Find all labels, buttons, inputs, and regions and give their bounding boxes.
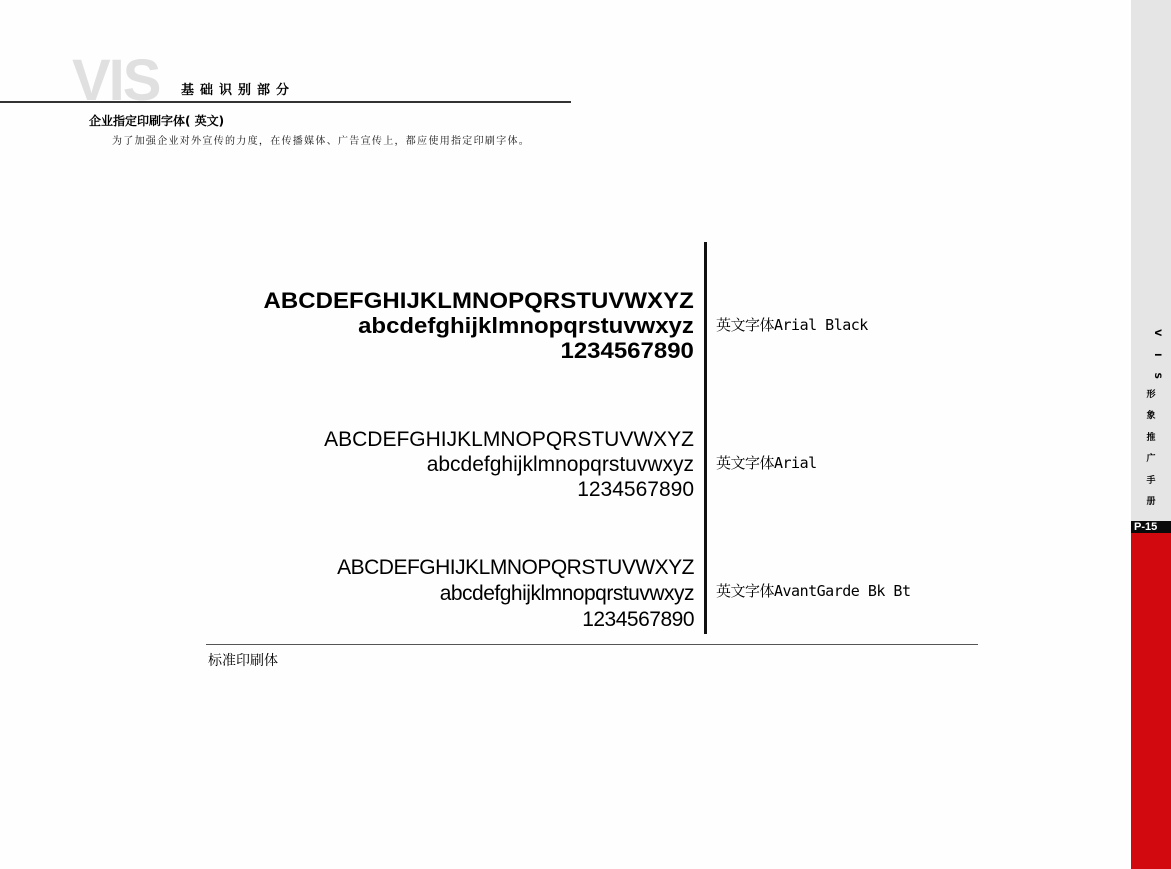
header-rule xyxy=(0,101,571,103)
page-number-badge: P-15 xyxy=(1131,521,1171,533)
sidebar-vertical-title: V I S 形 象 推 广 手 册 xyxy=(1131,322,1171,516)
caption: 标准印刷体 xyxy=(208,654,278,668)
horizontal-divider xyxy=(206,644,978,645)
font-sample-avantgarde: ABCDEFGHIJKLMNOPQRSTUVWXYZ abcdefghijklm… xyxy=(337,557,694,635)
sample-lowercase: abcdefghijklmnopqrstuvwxyz xyxy=(337,583,694,609)
sidebar-char: S xyxy=(1140,356,1162,396)
page-description: 为了加强企业对外宣传的力度，在传播媒体、广告宣传上，都应使用指定印刷字体。 xyxy=(112,137,530,147)
sample-digits: 1234567890 xyxy=(337,609,694,635)
font-sample-arial-black: ABCDEFGHIJKLMNOPQRSTUVWXYZ abcdefghijklm… xyxy=(299,290,694,362)
sample-uppercase: ABCDEFGHIJKLMNOPQRSTUVWXYZ xyxy=(324,429,694,454)
section-title: 基础识别部分 xyxy=(181,84,295,97)
sample-uppercase: ABCDEFGHIJKLMNOPQRSTUVWXYZ xyxy=(337,557,694,583)
sidebar-char: 手 xyxy=(1131,473,1171,495)
sidebar-char: 推 xyxy=(1131,430,1171,452)
sample-lowercase: abcdefghijklmnopqrstuvwxyz xyxy=(264,315,694,340)
red-accent-bar xyxy=(1131,533,1171,869)
vertical-divider xyxy=(704,242,707,634)
sample-digits: 1234567890 xyxy=(264,340,694,362)
font-sample-arial: ABCDEFGHIJKLMNOPQRSTUVWXYZ abcdefghijklm… xyxy=(324,429,694,504)
sidebar-char: 册 xyxy=(1131,494,1171,516)
page-subtitle: 企业指定印刷字体( 英文) xyxy=(89,115,224,127)
sample-uppercase: ABCDEFGHIJKLMNOPQRSTUVWXYZ xyxy=(264,290,694,315)
font-label-avantgarde: 英文字体AvantGarde Bk Bt xyxy=(716,584,911,599)
sample-lowercase: abcdefghijklmnopqrstuvwxyz xyxy=(324,454,694,479)
sample-digits: 1234567890 xyxy=(324,479,694,504)
font-label-arial-black: 英文字体Arial Black xyxy=(716,318,868,333)
font-label-arial: 英文字体Arial xyxy=(716,456,817,471)
sidebar-char: 象 xyxy=(1131,408,1171,430)
sidebar-char: 广 xyxy=(1131,451,1171,473)
